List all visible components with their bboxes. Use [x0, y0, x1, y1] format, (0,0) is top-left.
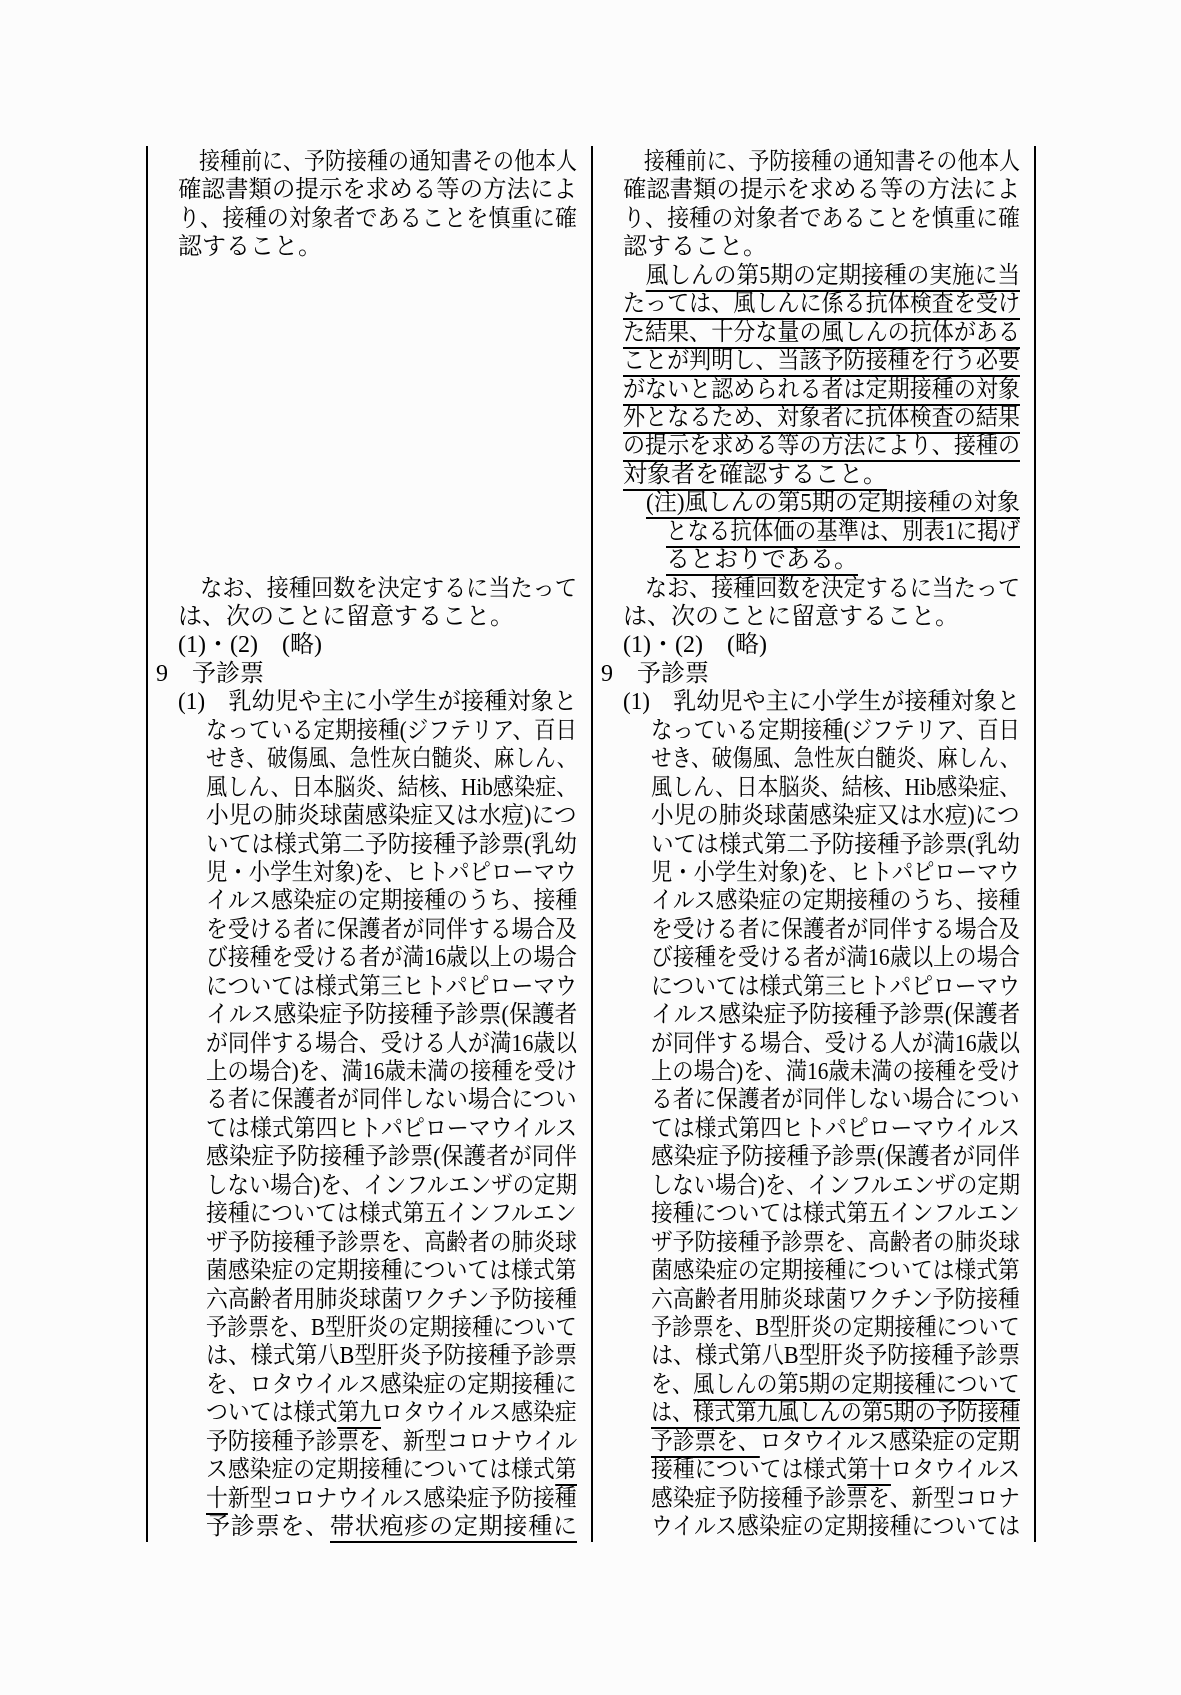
plain-text: 接種については様式第五インフルエン	[206, 1201, 577, 1227]
plain-text: ウイルス感染症の定期接種については	[651, 1514, 1020, 1540]
plain-text: 小児の肺炎球菌感染症又は水痘)につ	[651, 803, 1020, 829]
text-line: は、様式第九風しんの第5期の予防接種	[651, 1399, 975, 1427]
text-line: た結果、十分な量の風しんの抗体がある	[623, 319, 988, 347]
text-line: 予診票を、B型肝炎の定期接種について	[206, 1314, 531, 1342]
plain-text: 9 予診票	[156, 661, 264, 687]
text-line: るとおりである。	[666, 546, 1020, 574]
text-line: ついては様式第九ロタウイルス感染症	[206, 1399, 544, 1427]
plain-text: 感染症予防接種予診票(保護者が同伴	[206, 1144, 577, 1170]
underlined-amendment-text: ことが判明し、当該予防接種を行う必要	[623, 348, 1020, 377]
plain-text: は、次のことに留意すること。	[178, 604, 514, 630]
text-line: 接種については様式第十ロタウイルス	[651, 1456, 986, 1484]
text-line: 感染症予防接種予診票を、新型コロナ	[651, 1485, 985, 1513]
plain-text: 予診票を、	[206, 1514, 330, 1540]
plain-text: 接種については様式	[651, 1457, 847, 1483]
underlined-amendment-text: た結果、十分な量の風しんの抗体がある	[623, 320, 1020, 349]
underlined-amendment-text: 風しんの第5期の定期接種の実施に当	[646, 263, 1020, 292]
text-line: なっている定期接種(ジフテリア、百日	[651, 717, 980, 745]
underlined-amendment-text: (注)風しんの第5期の定期接種の対象	[646, 490, 1020, 519]
text-line: については様式第三ヒトパピローマウ	[651, 973, 986, 1001]
plain-text: 感染症予防接種予診票(保護者が同伴	[651, 1144, 1020, 1170]
text-line: 9 予診票	[601, 660, 1020, 688]
plain-text: 児・小学生対象)を、ヒトパピローマウ	[206, 860, 577, 886]
text-line: 感染症予防接種予診票(保護者が同伴	[651, 1143, 998, 1171]
text-line: 十新型コロナウイルス感染症予防接種	[206, 1485, 544, 1513]
underlined-amendment-text: 外となるため、対象者に抗体検査の結果	[623, 405, 1020, 434]
text-line: は、次のことに留意すること。	[623, 603, 1020, 631]
text-line: なっている定期接種(ジフテリア、百日	[206, 717, 538, 745]
plain-text: 六高齢者用肺炎球菌ワクチン予防接種	[206, 1287, 577, 1313]
text-line: 外となるため、対象者に抗体検査の結果	[623, 404, 989, 432]
text-line: は、様式第八B型肝炎予防接種予診票	[206, 1342, 550, 1370]
text-line: 菌感染症の定期接種については様式第	[651, 1257, 985, 1285]
plain-text	[623, 263, 646, 289]
text-line: となる抗体価の基準は、別表1に掲げ	[666, 518, 982, 546]
plain-text: を受ける者に保護者が同伴する場合及	[651, 917, 1020, 943]
text-line: を、風しんの第5期の定期接種について	[651, 1371, 975, 1399]
underlined-amendment-text: たっては、風しんに係る抗体検査を受け	[623, 291, 1020, 320]
text-line: 六高齢者用肺炎球菌ワクチン予防接種	[206, 1286, 544, 1314]
plain-text: (1) 乳幼児や主に小学生が接種対象と	[178, 689, 577, 715]
plain-text: 児・小学生対象)を、ヒトパピローマウ	[651, 860, 1020, 886]
plain-text: イルス感染症の定期接種のうち、接種	[651, 888, 1020, 914]
underlined-amendment-text: 風しんの第5期の定期接種について	[693, 1372, 1019, 1401]
plain-text: り、接種の対象者であることを慎重に確	[178, 206, 577, 232]
plain-text: 風しん、日本脳炎、結核、Hib感染症、	[651, 775, 1020, 801]
text-line: ザ予防接種予診票を、高齢者の肺炎球	[651, 1229, 985, 1257]
plain-text: ロタウイルス感染症	[381, 1400, 577, 1426]
text-line: 予診票を、帯状疱疹の定期接種に	[206, 1513, 577, 1541]
text-line: が同伴する場合、受ける人が満16歳以	[206, 1030, 543, 1058]
plain-text: ては様式第四ヒトパピローマウイルス	[206, 1116, 577, 1142]
plain-text: (1) 乳幼児や主に小学生が接種対象と	[623, 689, 1020, 715]
left-column: 接種前に、予防接種の通知書その他本人確認書類の提示を求める等の方法により、接種の…	[148, 148, 591, 1541]
plain-text: 六高齢者用肺炎球菌ワクチン予防接種	[651, 1287, 1020, 1313]
text-line	[178, 347, 577, 375]
text-line: 接種については様式第五インフルエン	[206, 1200, 544, 1228]
text-line: (1) 乳幼児や主に小学生が接種対象と	[178, 688, 564, 716]
text-line: 感染症予防接種予診票(保護者が同伴	[206, 1143, 557, 1171]
plain-text: り、接種の対象者であることを慎重に確	[623, 206, 1020, 232]
text-line	[178, 461, 577, 489]
text-line: 児・小学生対象)を、ヒトパピローマウ	[651, 859, 978, 887]
text-line: を受ける者に保護者が同伴する場合及	[651, 916, 985, 944]
text-line: いては様式第二予防接種予診票(乳幼	[651, 831, 998, 859]
text-line: は、次のことに留意すること。	[178, 603, 577, 631]
plain-text: は、様式第八B型肝炎予防接種予診票	[206, 1343, 577, 1369]
text-line: の提示を求める等の方法により、接種の	[623, 432, 988, 460]
text-line: 風しんの第5期の定期接種の実施に当	[623, 262, 998, 290]
underlined-amendment-text: 対象者を確認すること。	[623, 462, 887, 491]
underlined-amendment-text: 第	[555, 1457, 577, 1486]
plain-text: イルス感染症予防接種予診票(保護者	[651, 1002, 1020, 1028]
plain-text: いては様式第二予防接種予診票(乳幼	[651, 832, 1020, 858]
text-line: 認すること。	[623, 233, 1020, 261]
plain-text: イルス感染症の定期接種のうち、接種	[206, 888, 577, 914]
plain-text: については様式第三ヒトパピローマウ	[651, 974, 1020, 1000]
text-line: は、様式第八B型肝炎予防接種予診票	[651, 1342, 991, 1370]
text-line: び接種を受ける者が満16歳以上の場合	[651, 944, 985, 972]
plain-text: ロタウイルス感染症の定期	[760, 1429, 1020, 1455]
plain-text: を、	[651, 1372, 693, 1398]
text-line: しない場合)を、インフルエンザの定期	[206, 1172, 538, 1200]
plain-text: 小児の肺炎球菌感染症又は水痘)につ	[206, 803, 577, 829]
text-line: 予防接種予診票を、新型コロナウイル	[206, 1428, 544, 1456]
text-line: いては様式第二予防接種予診票(乳幼	[206, 831, 557, 859]
text-line: 接種については様式第五インフルエン	[651, 1200, 986, 1228]
text-line: イルス感染症の定期接種のうち、接種	[206, 887, 544, 915]
text-line: ウイルス感染症の定期接種については	[651, 1513, 986, 1541]
plain-text: 確認書類の提示を求める等の方法によ	[623, 177, 1020, 203]
text-line: が同伴する場合、受ける人が満16歳以	[651, 1030, 985, 1058]
plain-text: は、様式第八B型肝炎予防接種予診票	[651, 1343, 1020, 1369]
plain-text: なっている定期接種(ジフテリア、百日	[206, 718, 577, 744]
plain-text: 上の場合)を、満16歳未満の接種を受け	[651, 1059, 1020, 1085]
plain-text: なお、接種回数を決定するに当たって	[623, 576, 1020, 602]
plain-text: 接種については様式第五インフルエン	[651, 1201, 1020, 1227]
underlined-amendment-text: がないと認められる者は定期接種の対象	[623, 377, 1020, 406]
text-line: がないと認められる者は定期接種の対象	[623, 376, 988, 404]
text-line: なお、接種回数を決定するに当たって	[178, 575, 547, 603]
plain-text: については様式第三ヒトパピローマウ	[206, 974, 577, 1000]
plain-text: せき、破傷風、急性灰白髄炎、麻しん、	[651, 746, 1020, 772]
text-line: び接種を受ける者が満16歳以上の場合	[206, 944, 543, 972]
plain-text: ザ予防接種予診票を、高齢者の肺炎球	[206, 1230, 577, 1256]
plain-text: 新型コロナウイルス感染症予防接種	[228, 1486, 577, 1512]
plain-text: ついては様式	[206, 1400, 337, 1426]
plain-text: 予診票を、B型肝炎の定期接種について	[651, 1315, 1020, 1341]
text-line: については様式第三ヒトパピローマウ	[206, 973, 544, 1001]
right-column: 接種前に、予防接種の通知書その他本人確認書類の提示を求める等の方法により、接種の…	[593, 148, 1034, 1541]
plain-text: を受ける者に保護者が同伴する場合及	[206, 917, 577, 943]
plain-text: 認すること。	[178, 234, 322, 260]
plain-text: る者に保護者が同伴しない場合につい	[206, 1087, 577, 1113]
plain-text: る者に保護者が同伴しない場合につい	[651, 1087, 1020, 1113]
plain-text: いては様式第二予防接種予診票(乳幼	[206, 832, 577, 858]
plain-text: 接種前に、予防接種の通知書その他本人	[178, 149, 577, 175]
plain-text: び接種を受ける者が満16歳以上の場合	[206, 945, 577, 971]
comparison-document-page: 接種前に、予防接種の通知書その他本人確認書類の提示を求める等の方法により、接種の…	[0, 0, 1181, 1695]
plain-text: 接種前に、予防接種の通知書その他本人	[623, 149, 1020, 175]
underlined-amendment-text: 予診票を、	[651, 1429, 760, 1458]
plain-text: イルス感染症予防接種予診票(保護者	[206, 1002, 577, 1028]
text-line: ことが判明し、当該予防接種を行う必要	[623, 347, 988, 375]
plain-text: 確認書類の提示を求める等の方法によ	[178, 177, 577, 203]
underlined-amendment-text: るとおりである。	[666, 547, 858, 576]
text-line	[178, 319, 577, 347]
text-line: 確認書類の提示を求める等の方法によ	[178, 176, 568, 204]
text-line: 予診票を、ロタウイルス感染症の定期	[651, 1428, 986, 1456]
plain-text: は、次のことに留意すること。	[623, 604, 959, 630]
plain-text: しない場合)を、インフルエンザの定期	[651, 1173, 1020, 1199]
text-line: を、ロタウイルス感染症の定期接種に	[206, 1371, 544, 1399]
text-line: せき、破傷風、急性灰白髄炎、麻しん、	[651, 745, 966, 773]
text-line: 接種前に、予防接種の通知書その他本人	[178, 148, 527, 176]
plain-text: び接種を受ける者が満16歳以上の場合	[651, 945, 1020, 971]
text-line	[178, 546, 577, 574]
plain-text: が同伴する場合、受ける人が満16歳以	[206, 1031, 577, 1057]
text-line	[178, 262, 577, 290]
text-line: イルス感染症の定期接種のうち、接種	[651, 887, 986, 915]
plain-text: せき、破傷風、急性灰白髄炎、麻しん、	[206, 746, 577, 772]
text-line	[178, 376, 577, 404]
text-line	[178, 290, 577, 318]
plain-text: なお、接種回数を決定するに当たって	[178, 576, 577, 602]
text-line: (注)風しんの第5期の定期接種の対象	[646, 489, 1007, 517]
underlined-amendment-text: 十	[206, 1486, 228, 1515]
plain-text: 認すること。	[623, 234, 767, 260]
text-line: ス感染症の定期接種については様式第	[206, 1456, 543, 1484]
text-line: (1)・(2) (略)	[623, 631, 1020, 659]
text-line: ては様式第四ヒトパピローマウイルス	[206, 1115, 545, 1143]
underlined-amendment-text: となる抗体価の基準は、別表1に掲げ	[666, 519, 1020, 548]
underlined-amendment-text: は、様式第九風しんの第5期の予防接種	[651, 1400, 1020, 1429]
text-line: 菌感染症の定期接種については様式第	[206, 1257, 543, 1285]
underlined-amendment-text: 帯状疱疹の定期接種に	[330, 1514, 577, 1543]
plain-text: を、ロタウイルス感染症の定期接種に	[206, 1372, 577, 1398]
text-line: 風しん、日本脳炎、結核、Hib感染症、	[206, 774, 533, 802]
text-line: 接種前に、予防接種の通知書その他本人	[623, 148, 969, 176]
text-line: 確認書類の提示を求める等の方法によ	[623, 176, 1009, 204]
text-line: る者に保護者が同伴しない場合につい	[651, 1086, 985, 1114]
text-line: (1)・(2) (略)	[178, 631, 577, 659]
plain-text: 風しん、日本脳炎、結核、Hib感染症、	[206, 775, 577, 801]
text-line: 上の場合)を、満16歳未満の接種を受け	[206, 1058, 537, 1086]
text-line: 児・小学生対象)を、ヒトパピローマウ	[206, 859, 537, 887]
text-line: しない場合)を、インフルエンザの定期	[651, 1172, 979, 1200]
text-line	[178, 518, 577, 546]
text-line: 9 予診票	[156, 660, 577, 688]
underlined-amendment-text: 第九	[337, 1400, 381, 1429]
plain-text: 予防接種予診票を、新型コロナウイル	[206, 1429, 577, 1455]
plain-text: 9 予診票	[601, 661, 709, 687]
text-line: り、接種の対象者であることを慎重に確	[178, 205, 547, 233]
text-line	[178, 489, 577, 517]
table-right-rule	[1034, 146, 1036, 1542]
text-line	[178, 404, 577, 432]
text-line: 風しん、日本脳炎、結核、Hib感染症、	[651, 774, 974, 802]
text-line	[178, 432, 577, 460]
text-line: (1) 乳幼児や主に小学生が接種対象と	[623, 688, 1006, 716]
plain-text: ロタウイルス	[891, 1457, 1021, 1483]
text-line: を受ける者に保護者が同伴する場合及	[206, 916, 543, 944]
text-line: り、接種の対象者であることを慎重に確	[623, 205, 988, 233]
text-line: せき、破傷風、急性灰白髄炎、麻しん、	[206, 745, 525, 773]
plain-text: が同伴する場合、受ける人が満16歳以	[651, 1031, 1020, 1057]
text-line: なお、接種回数を決定するに当たって	[623, 575, 988, 603]
plain-text: しない場合)を、インフルエンザの定期	[206, 1173, 577, 1199]
text-line: ザ予防接種予診票を、高齢者の肺炎球	[206, 1229, 543, 1257]
text-line: る者に保護者が同伴しない場合につい	[206, 1086, 543, 1114]
text-line: 対象者を確認すること。	[623, 461, 1020, 489]
plain-text: ては様式第四ヒトパピローマウイルス	[651, 1116, 1020, 1142]
underlined-amendment-text: 第十	[847, 1457, 891, 1486]
text-line: イルス感染症予防接種予診票(保護者	[651, 1001, 999, 1029]
text-line: 小児の肺炎球菌感染症又は水痘)につ	[651, 802, 998, 830]
text-line: たっては、風しんに係る抗体検査を受け	[623, 290, 988, 318]
text-line: 認すること。	[178, 233, 577, 261]
plain-text: 予診票を、B型肝炎の定期接種について	[206, 1315, 577, 1341]
text-line: 六高齢者用肺炎球菌ワクチン予防接種	[651, 1286, 986, 1314]
plain-text: 感染症予防接種予診票を、新型コロナ	[651, 1486, 1020, 1512]
text-line: 小児の肺炎球菌感染症又は水痘)につ	[206, 802, 557, 830]
plain-text: ス感染症の定期接種については様式	[206, 1457, 555, 1483]
text-line: ては様式第四ヒトパピローマウイルス	[651, 1115, 986, 1143]
text-line: イルス感染症予防接種予診票(保護者	[206, 1001, 558, 1029]
text-line: 上の場合)を、満16歳未満の接種を受け	[651, 1058, 978, 1086]
plain-text: (1)・(2) (略)	[623, 632, 767, 658]
plain-text: 上の場合)を、満16歳未満の接種を受け	[206, 1059, 577, 1085]
plain-text: 菌感染症の定期接種については様式第	[651, 1258, 1020, 1284]
text-line: 予診票を、B型肝炎の定期接種について	[651, 1314, 972, 1342]
plain-text: (1)・(2) (略)	[178, 632, 322, 658]
plain-text: 菌感染症の定期接種については様式第	[206, 1258, 577, 1284]
plain-text: ザ予防接種予診票を、高齢者の肺炎球	[651, 1230, 1020, 1256]
plain-text: なっている定期接種(ジフテリア、百日	[651, 718, 1020, 744]
underlined-amendment-text: の提示を求める等の方法により、接種の	[623, 433, 1020, 462]
